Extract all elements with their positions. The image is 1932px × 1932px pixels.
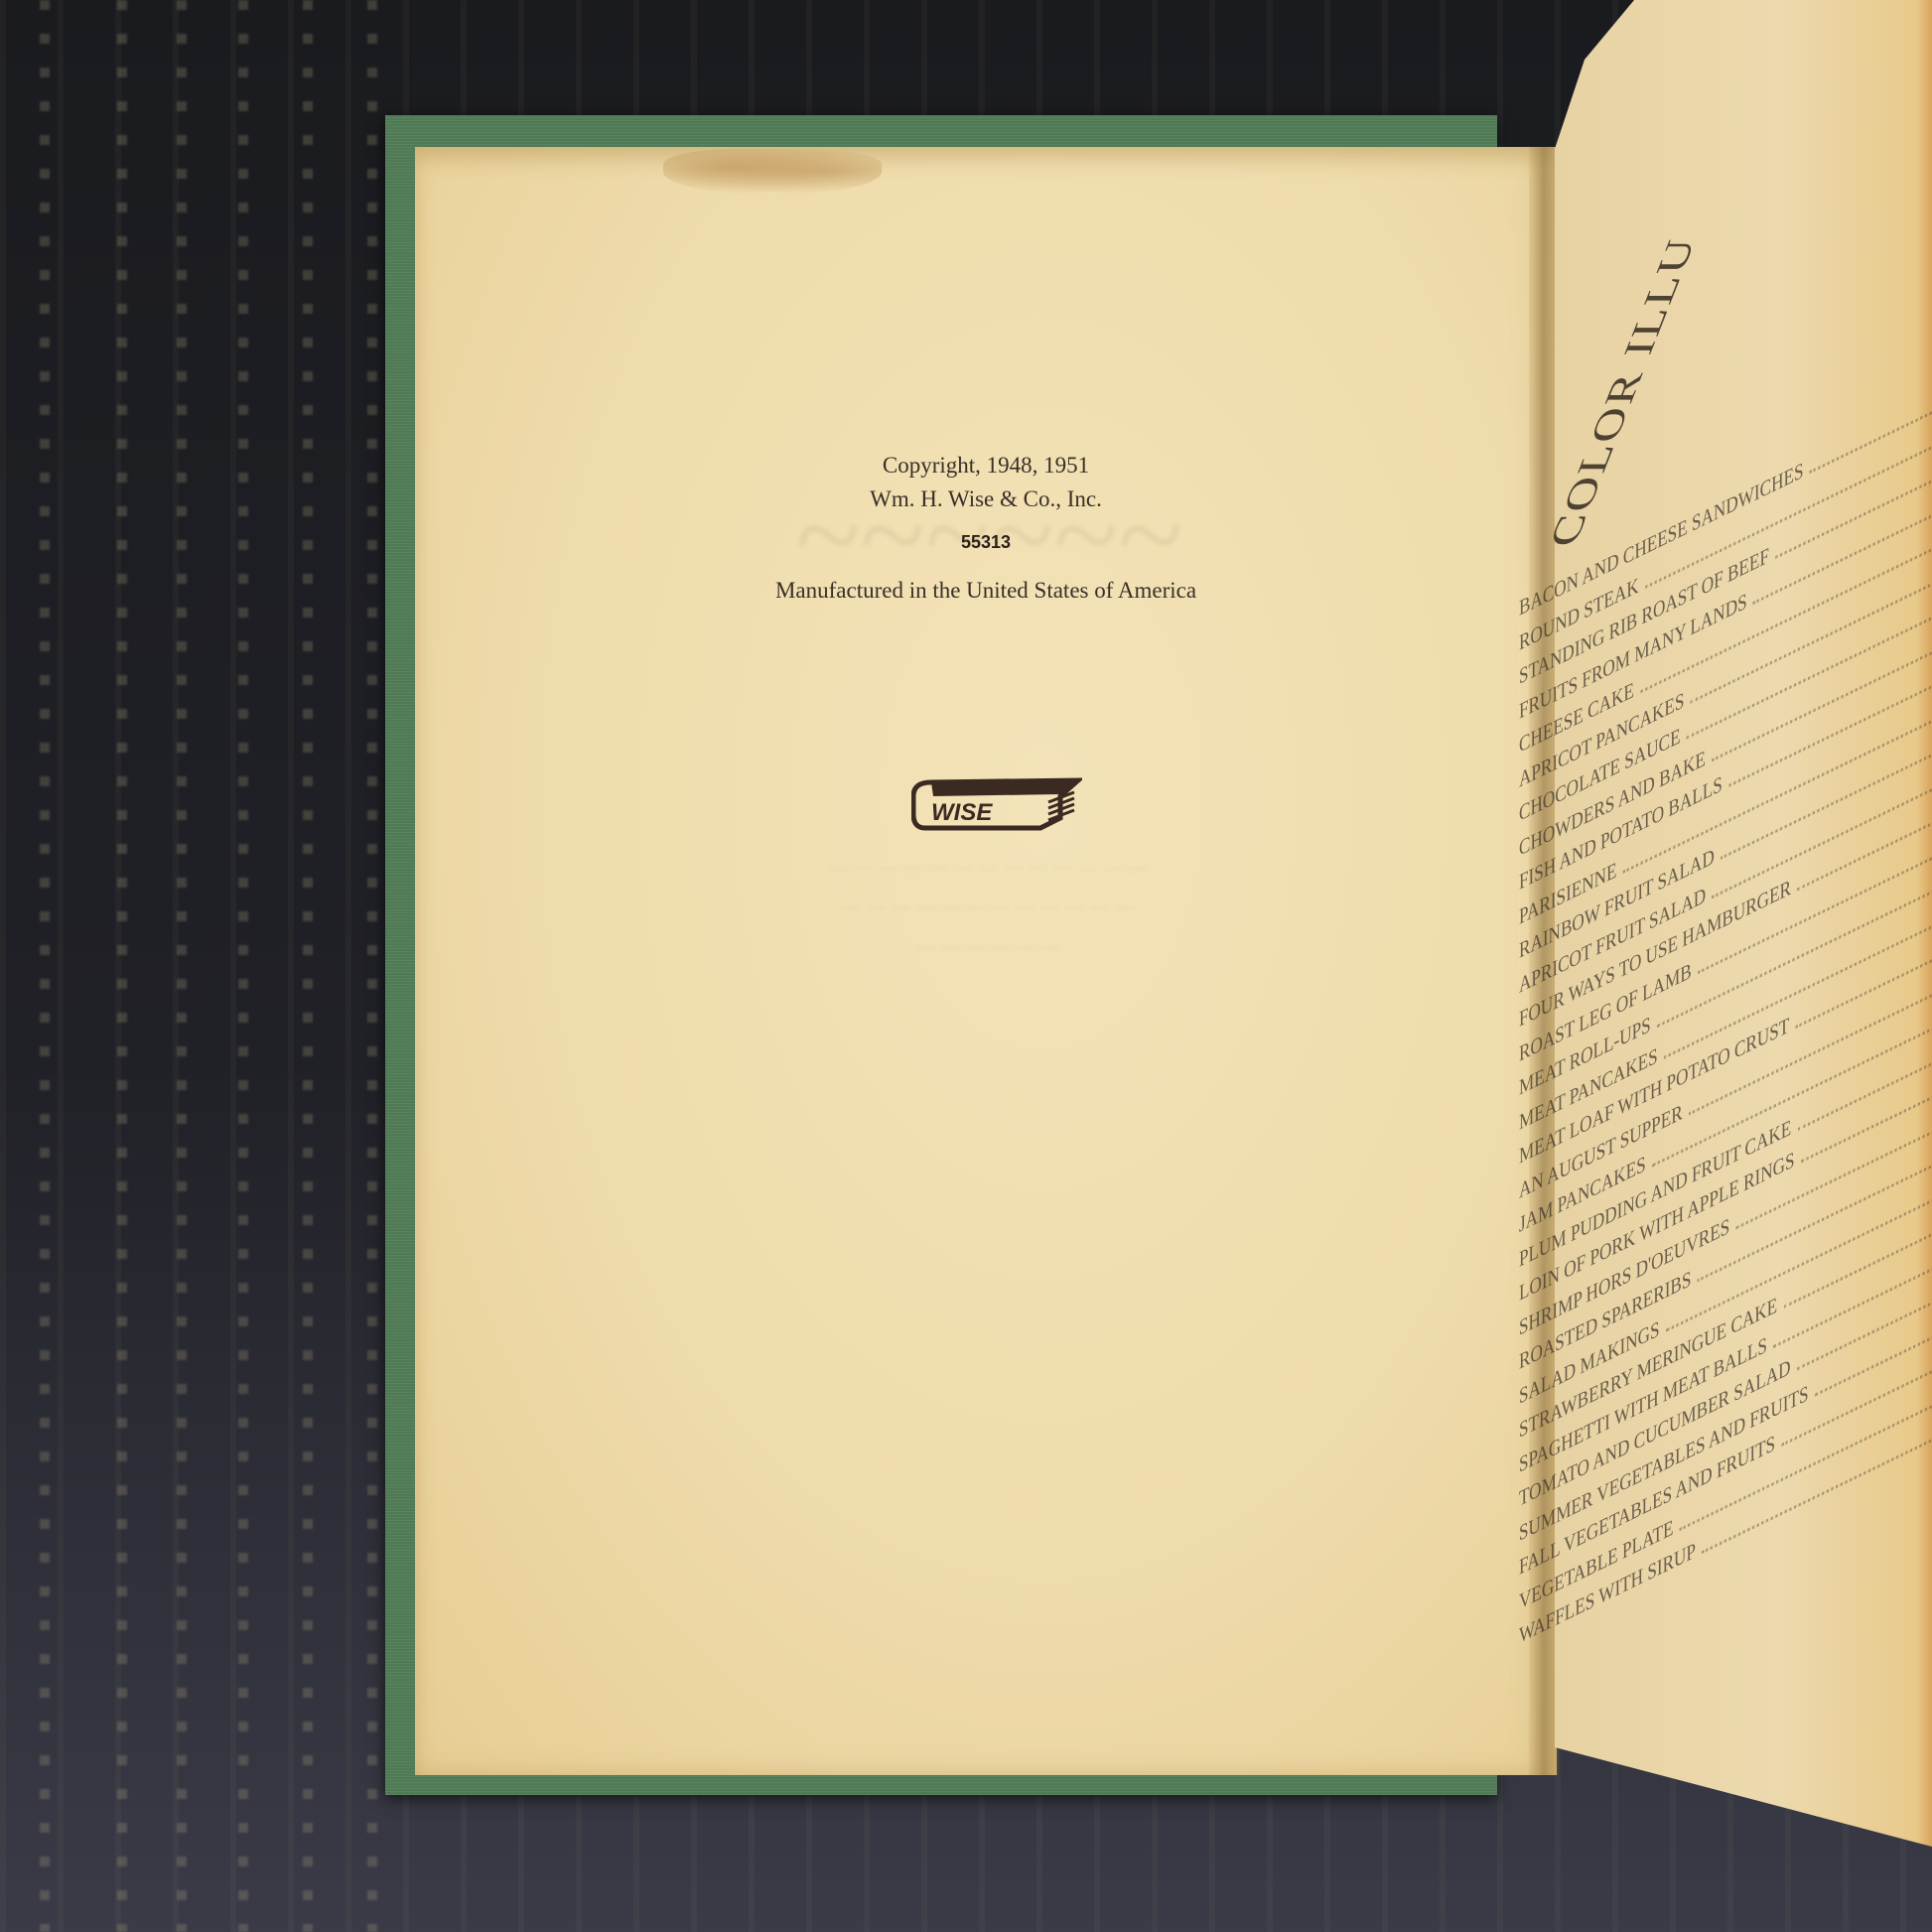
bleed-through-text: — — — — — — — — — — — — — — [516, 854, 1459, 880]
catalog-number: 55313 — [415, 532, 1557, 553]
copyright-line: Copyright, 1948, 1951 — [415, 453, 1557, 479]
water-stain — [663, 149, 882, 195]
manufactured-line: Manufactured in the United States of Ame… — [415, 578, 1557, 604]
bleed-through-text: — — — — — — — [516, 933, 1459, 959]
svg-text:WISE: WISE — [931, 799, 993, 826]
left-page — [415, 147, 1557, 1775]
bleed-through-text: — — — — — — — — — — — — — [516, 894, 1459, 919]
publisher-line: Wm. H. Wise & Co., Inc. — [415, 486, 1557, 512]
wise-book-logo-icon: WISE — [911, 774, 1082, 832]
